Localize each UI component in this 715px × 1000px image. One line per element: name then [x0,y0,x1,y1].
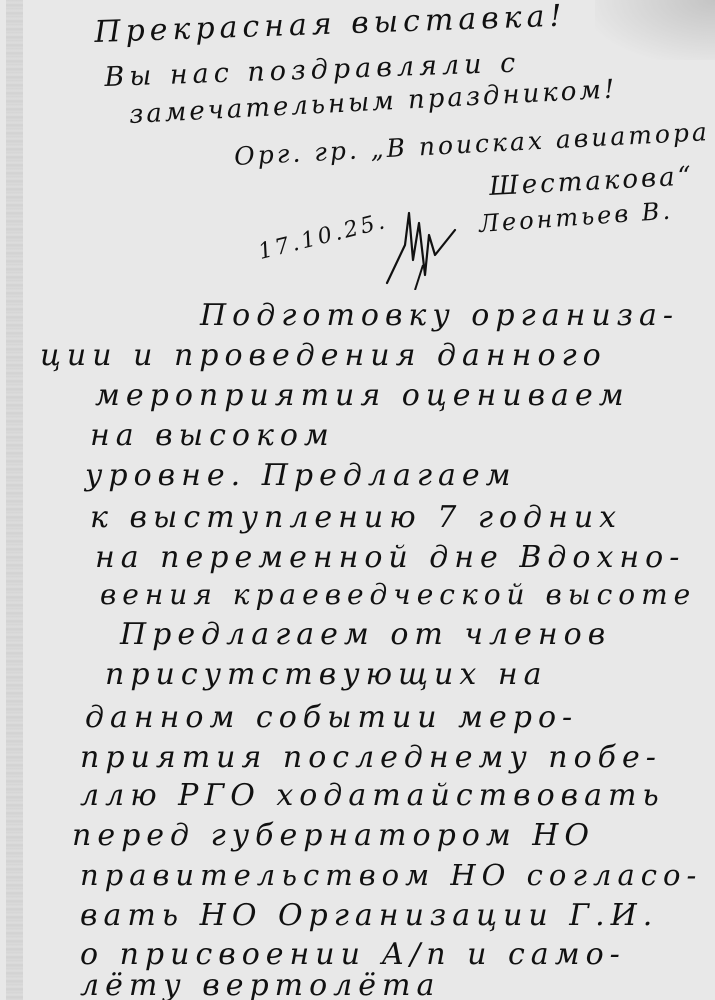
entry-two-line-13: ллю РГО ходатайствовать [80,778,665,813]
entry-two-line-6: к выступлению 7 годних [90,500,622,535]
entry-two-line-9: Предлагаем от членов [120,617,611,652]
scan-shadow [595,0,715,60]
entry-two-line-12: приятия последнему побе- [80,740,662,775]
entry-two-line-11: данном событии меро- [85,700,578,735]
entry-two-line-3: мероприятия оцениваем [95,378,630,413]
entry-two-line-1: Подготовку организа- [200,298,679,333]
entry-one-line-4: Орг. гр. „В поисках авиатора [233,117,710,171]
signature-icon [385,205,465,290]
entry-one-line-5: Шестакова“ [488,161,694,202]
entry-two-line-5: уровне. Предлагаем [85,458,517,493]
entry-one-date: 17.10.25. [256,209,390,265]
entry-two-line-10: присутствующих на [105,657,547,692]
entry-two-line-17: о присвоении А/п и само- [80,937,626,972]
entry-one-line-1: Прекрасная выставка! [94,0,567,50]
entry-two-line-16: вать НО Организации Г.И. [80,898,658,933]
entry-two-line-2: ции и проведения данного [40,338,607,373]
entry-two-line-14: перед губернатором НО [72,818,595,853]
binding-edge [6,0,23,1000]
entry-two-line-4: на высоком [90,418,335,453]
entry-two-line-18: лёту вертолёта [80,968,440,1000]
entry-two-line-7: на переменной дне Вдохно- [95,540,685,575]
scanned-page: Прекрасная выставка! Вы нас поздравляли … [0,0,715,1000]
entry-two-line-8: вения краеведческой высоте [100,578,696,611]
entry-one-author: Леонтьев В. [478,197,674,238]
entry-two-line-15: правительством НО согласо- [80,858,702,892]
